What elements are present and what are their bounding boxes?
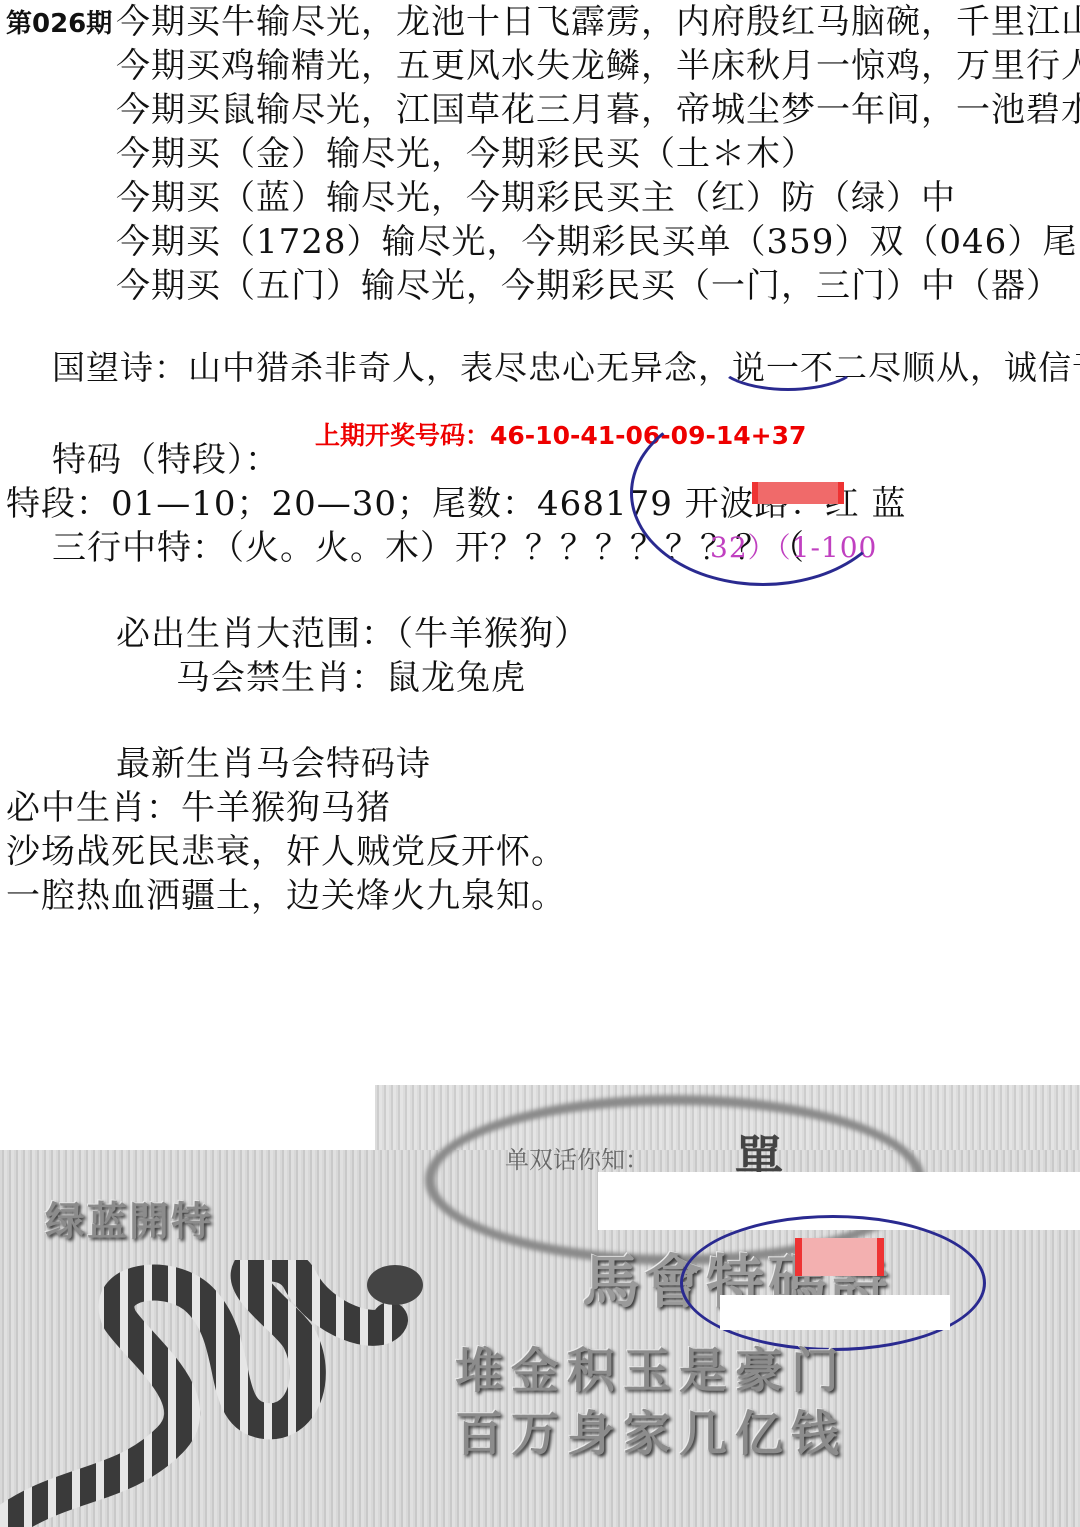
bubble-label: 单双话你知： [505,1140,649,1175]
verse-2: 今期买鸡输精光，五更风水失龙鳞，半床秋月一惊鸡，万里行人费马啼。 [116,44,1080,88]
special-heading: 特码（特段）： [52,438,280,482]
verse-4: 今期买（金）输尽光，今期彩民买（土＊木） [116,132,816,176]
white-mask-2 [720,1295,950,1330]
guowang-poem: 国望诗：山中猎杀非奇人，表尽忠心无异念，说一不二尽顺从，诚信于人无主张。 [52,346,1080,390]
slogan-1: 堆金积玉是豪门 [455,1332,847,1401]
brand-stamp-circle [680,1215,986,1351]
verse-1: 今期买牛输尽光，龙池十日飞霹雳，内府殷红马脑碗，千里江山陪骥尾。 [116,0,1080,44]
zodiac-banned: 马会禁生肖：鼠龙兔虎 [176,656,526,700]
brand-handshake-icon [795,1238,884,1276]
poem-line-2: 一腔热血洒疆土，边关烽火九泉知。 [6,874,566,918]
poem-title: 最新生肖马会特码诗 [116,742,431,786]
verse-3: 今期买鼠输尽光，江国草花三月暮，帝城尘梦一年间，一池碧水映圆月。 [116,88,1080,132]
banner-left-label: 绿蓝開特 [45,1190,213,1247]
handshake-stamp-icon [752,482,844,504]
verse-7: 今期买（五门）输尽光，今期彩民买（一门，三门）中（器） [116,264,1061,308]
verse-5: 今期买（蓝）输尽光，今期彩民买主（红）防（绿）中 [116,176,956,220]
verse-6: 今期买（1728）输尽光，今期彩民买单（359）双（046）尾中 [116,220,1080,264]
stamp-arc-1 [715,330,861,391]
poem-line-1: 沙场战死民悲衰，奸人贼党反开怀。 [6,830,566,874]
zodiac-range: 必出生肖大范围：（牛羊猴狗） [116,612,589,656]
slogan-2: 百万身家几亿钱 [455,1395,847,1464]
issue-number: 第026期 [6,2,112,46]
poem-must-hit: 必中生肖：牛羊猴狗马猪 [6,786,391,830]
last-draw-label: 上期开奖号码： [315,421,490,450]
snake-illustration [0,1260,450,1527]
